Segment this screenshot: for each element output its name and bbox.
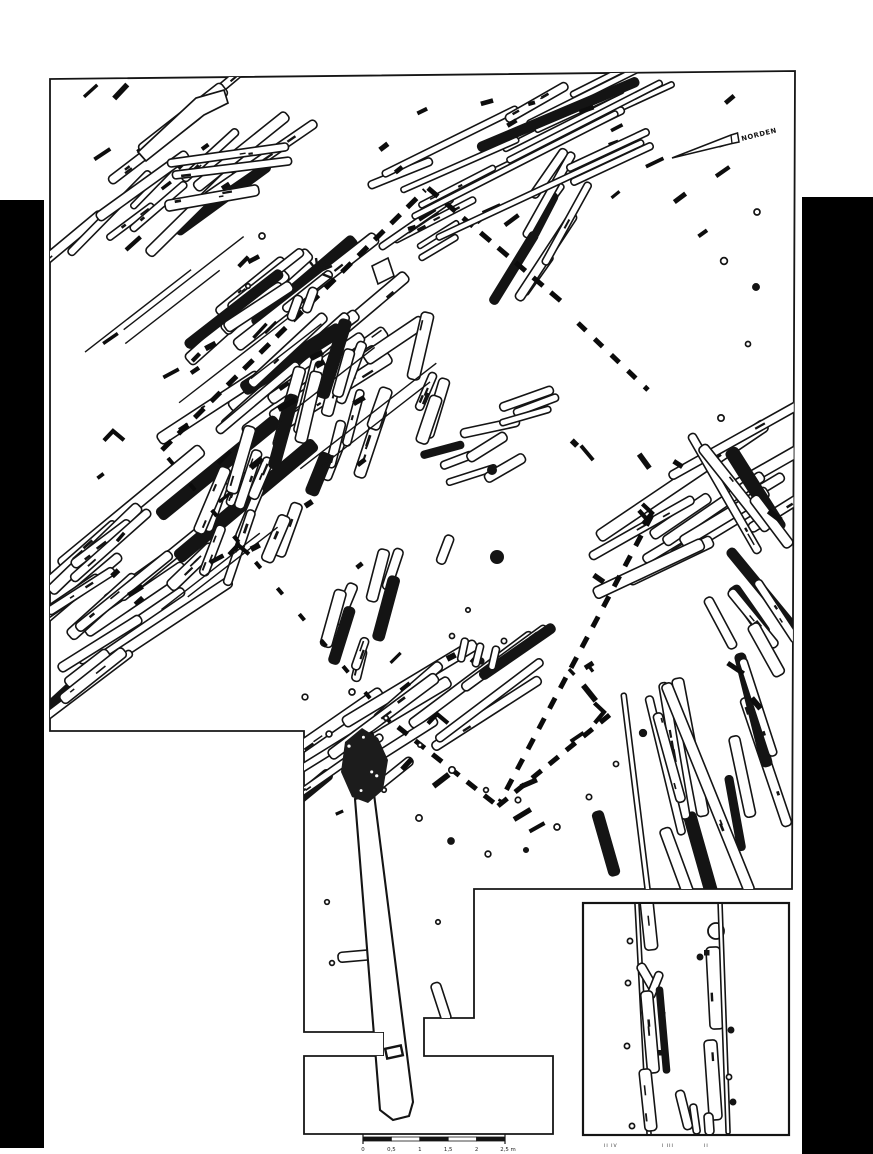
soil-speck bbox=[370, 770, 373, 773]
inset-caption-marks-1: II IV bbox=[604, 1143, 618, 1149]
scale-label-2: 2 bbox=[475, 1147, 478, 1153]
post-hole-dot bbox=[745, 341, 750, 346]
soil-speck bbox=[360, 789, 363, 792]
plank-grain bbox=[711, 993, 714, 1002]
soil-speck bbox=[384, 737, 386, 739]
scale-bar-segment bbox=[420, 1137, 448, 1141]
wood-fragment bbox=[658, 1050, 664, 1056]
post-hole-dot bbox=[524, 848, 528, 852]
scale-bar: 0 0,5 1 1,5 2 2,5 m bbox=[361, 1133, 515, 1153]
scale-label-0: 0 bbox=[361, 1147, 365, 1153]
scale-label-25m: 2,5 m bbox=[500, 1147, 516, 1153]
post-hole-dot bbox=[697, 954, 702, 959]
post-hole-dot bbox=[501, 638, 506, 643]
post-hole-dot bbox=[753, 284, 759, 290]
post-hole-dot bbox=[625, 980, 630, 985]
excavation-plan-drawing: NORDEN II IV I III II 0 0,5 1 1,5 2 2,5 … bbox=[0, 0, 873, 1154]
post-hole-dot bbox=[721, 258, 728, 265]
scale-bar-segment bbox=[391, 1137, 419, 1141]
post-hole-dot bbox=[726, 1074, 731, 1079]
inset-caption-marks-2: I III bbox=[662, 1143, 674, 1149]
post-hole-dot bbox=[629, 1123, 634, 1128]
scanned-figure-page: NORDEN II IV I III II 0 0,5 1 1,5 2 2,5 … bbox=[0, 0, 873, 1154]
post-hole-dot bbox=[586, 794, 591, 799]
post-hole-dot bbox=[416, 815, 422, 821]
dark-stone bbox=[490, 550, 504, 564]
post-hole-dot bbox=[436, 920, 440, 924]
scale-label-1: 1 bbox=[418, 1147, 421, 1153]
soil-speck bbox=[347, 744, 350, 747]
post-hole-dot bbox=[754, 209, 760, 215]
post-hole-dot bbox=[330, 961, 335, 966]
post-hole-dot bbox=[325, 900, 330, 905]
black-matte-left bbox=[0, 200, 44, 1148]
post-hole-dot bbox=[730, 1099, 735, 1104]
scale-label-05: 0,5 bbox=[387, 1147, 396, 1153]
wood-fragment bbox=[704, 950, 710, 956]
inset-caption-marks-3: II bbox=[704, 1143, 709, 1149]
soil-speck bbox=[362, 736, 365, 739]
scale-label-15: 1,5 bbox=[444, 1147, 453, 1153]
black-matte-right bbox=[802, 197, 873, 1154]
post-hole-dot bbox=[728, 1027, 733, 1032]
post-hole-dot bbox=[448, 838, 454, 844]
scale-bar-segment bbox=[363, 1137, 391, 1141]
timber-plank-body bbox=[704, 1113, 715, 1136]
soil-speck bbox=[375, 774, 378, 777]
wood-fragment bbox=[660, 1012, 666, 1018]
post-hole-dot bbox=[613, 761, 618, 766]
scale-bar-segment bbox=[448, 1137, 476, 1141]
post-hole-dot bbox=[246, 284, 251, 289]
post-hole-dot bbox=[624, 1043, 629, 1048]
post-hole-dot bbox=[554, 824, 560, 830]
post-hole-dot bbox=[718, 415, 724, 421]
post-hole-dot bbox=[640, 730, 647, 737]
post-hole-dot bbox=[627, 938, 632, 943]
post-hole-dot bbox=[449, 767, 455, 773]
timber-plank bbox=[704, 1113, 715, 1136]
post-hole-dot bbox=[302, 694, 308, 700]
post-hole-dot bbox=[349, 689, 355, 695]
post-hole-dot bbox=[384, 716, 389, 721]
dark-stone bbox=[487, 465, 497, 475]
post-hole-dot bbox=[466, 608, 470, 612]
post-hole-dot bbox=[485, 851, 491, 857]
beam-mortise-hole bbox=[385, 1045, 403, 1058]
post-hole-dot bbox=[326, 731, 332, 737]
soil-speck bbox=[349, 798, 353, 802]
scale-bar-segment bbox=[477, 1137, 505, 1141]
post-hole-dot bbox=[449, 633, 454, 638]
post-hole-dot bbox=[515, 797, 520, 802]
post-hole-dot bbox=[418, 743, 422, 747]
post-hole-dot bbox=[484, 788, 489, 793]
post-hole-dot bbox=[259, 233, 265, 239]
